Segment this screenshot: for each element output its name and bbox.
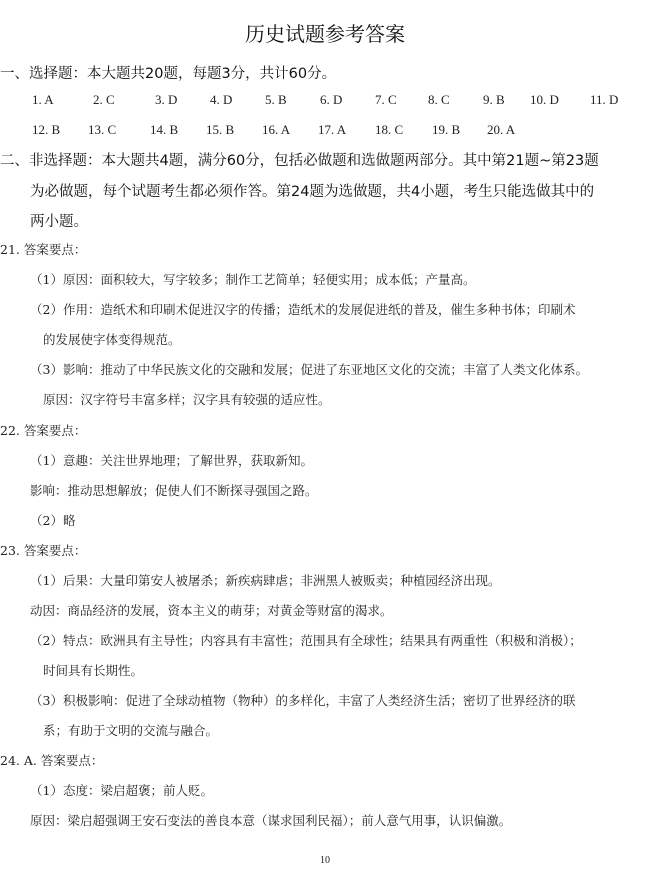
q21-line: 的发展使字体变得规范。 (43, 330, 181, 348)
answer-item: 12. B (32, 122, 60, 138)
page-title: 历史试题参考答案 (0, 18, 650, 47)
answer-item: 5. B (265, 92, 287, 108)
q23-line: （3）积极影响：促进了全球动植物（物种）的多样化，丰富了人类经济生活；密切了世界… (30, 691, 575, 709)
answer-item: 20. A (487, 122, 515, 138)
answer-item: 8. C (428, 92, 450, 108)
q22-line: （2）略 (30, 511, 75, 529)
answer-item: 9. B (483, 92, 505, 108)
page-number: 10 (0, 855, 650, 866)
q24-label: 24. A. 答案要点： (0, 751, 103, 769)
q23-line: 时间具有长期性。 (43, 661, 143, 679)
q24-line: （1）态度：梁启超褒；前人贬。 (30, 781, 213, 799)
answer-item: 10. D (530, 92, 559, 108)
answer-item: 7. C (375, 92, 397, 108)
answer-item: 18. C (375, 122, 403, 138)
q23-label: 23. 答案要点： (0, 541, 86, 559)
answer-item: 3. D (155, 92, 177, 108)
q21-line: 原因：汉字符号丰富多样；汉字具有较强的适应性。 (43, 390, 331, 408)
answer-item: 1. A (32, 92, 54, 108)
q24-line: 原因：梁启超强调王安石变法的善良本意（谋求国利民福）；前人意气用事，认识偏激。 (30, 811, 511, 829)
answer-item: 2. C (93, 92, 115, 108)
answer-item: 4. D (210, 92, 232, 108)
answer-item: 6. D (320, 92, 342, 108)
q21-line: （3）影响：推动了中华民族文化的交融和发展；促进了东亚地区文化的交流；丰富了人类… (30, 360, 588, 378)
answer-item: 11. D (590, 92, 618, 108)
answer-item: 19. B (432, 122, 460, 138)
answer-item: 14. B (150, 122, 178, 138)
q22-label: 22. 答案要点： (0, 421, 86, 439)
q23-line: 动因：商品经济的发展，资本主义的萌芽；对黄金等财富的渴求。 (30, 601, 393, 619)
answer-item: 15. B (206, 122, 234, 138)
q23-line: （2）特点：欧洲具有主导性；内容具有丰富性；范围具有全球性；结果具有两重性（积极… (30, 631, 582, 649)
q22-line: （1）意趣：关注世界地理；了解世界，获取新知。 (30, 451, 313, 469)
q21-label: 21. 答案要点： (0, 240, 86, 258)
q23-line: （1）后果：大量印第安人被屠杀；新疾病肆虐；非洲黑人被贩卖；种植园经济出现。 (30, 571, 500, 589)
q21-line: （1）原因：面积较大，写字较多；制作工艺简单；轻便实用；成本低；产量高。 (30, 270, 475, 288)
section2-heading-line1: 二、非选择题：本大题共4题，满分60分，包括必做题和选做题两部分。其中第21题~… (0, 149, 599, 170)
answer-item: 16. A (262, 122, 290, 138)
section2-heading-line2: 为必做题，每个试题考生都必须作答。第24题为选做题，共4小题，考生只能选做其中的 (30, 180, 594, 201)
answer-item: 17. A (318, 122, 346, 138)
q21-line: （2）作用：造纸术和印刷术促进汉字的传播；造纸术的发展促进纸的普及，催生多种书体… (30, 300, 575, 318)
section2-heading-line3: 两小题。 (30, 210, 88, 231)
q22-line: 影响：推动思想解放；促使人们不断探寻强国之路。 (30, 481, 318, 499)
q23-line: 系；有助于文明的交流与融合。 (43, 721, 218, 739)
section1-heading: 一、选择题：本大题共20题，每题3分，共计60分。 (0, 62, 336, 83)
answer-item: 13. C (88, 122, 116, 138)
